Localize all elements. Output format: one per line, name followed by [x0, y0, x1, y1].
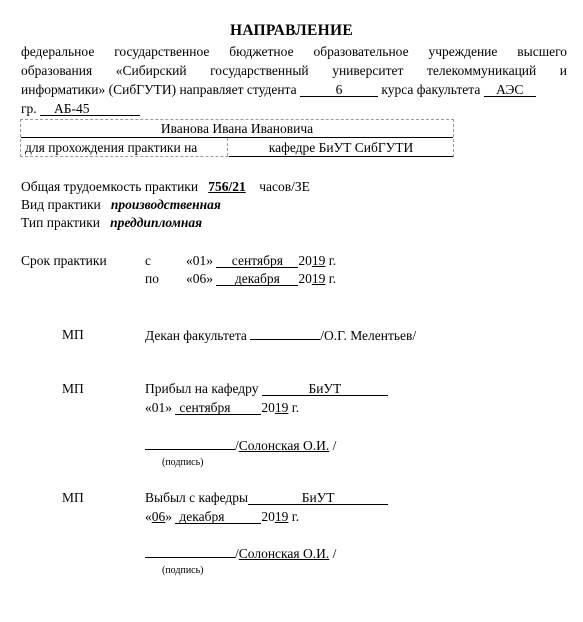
word: образования — [21, 63, 92, 78]
stamp-place: МП — [62, 327, 84, 343]
group-line: гр. АБ-45 — [21, 101, 140, 117]
arrival-signer: Солонская О.И. — [239, 438, 329, 453]
from-year-suffix: 19 — [312, 253, 326, 268]
arrival-day: «01» — [145, 400, 172, 415]
departure-month: декабря — [175, 510, 261, 524]
arrival-signature-field — [145, 437, 235, 450]
labor-line: Общая трудоемкость практики 756/21 часов… — [21, 179, 310, 195]
year-mark: г. — [329, 271, 336, 286]
departure-year-prefix: 20 — [261, 509, 275, 524]
group-field: АБ-45 — [40, 102, 140, 116]
stamp-place: МП — [62, 490, 84, 506]
signature-hint: (подпись) — [162, 457, 204, 468]
arrival-year-suffix: 19 — [275, 400, 289, 415]
to-year-suffix: 19 — [312, 271, 326, 286]
quote-open: « — [145, 509, 152, 524]
dean-signature-field — [250, 327, 320, 340]
arrival-label: Прибыл на кафедру — [145, 381, 258, 396]
departure-line: Выбыл с кафедрыБиУТ — [145, 490, 388, 506]
arrival-line: Прибыл на кафедру БиУТ — [145, 381, 388, 397]
intro-line-1: федеральное государственное бюджетное об… — [21, 44, 567, 60]
arrival-month: сентября — [175, 401, 261, 415]
kind-value: производственная — [111, 197, 221, 212]
arrival-year-prefix: 20 — [261, 400, 275, 415]
labor-value: 756/21 — [208, 179, 246, 194]
departure-signature-line: /Солонская О.И. / — [145, 545, 336, 562]
dean-label: Декан факультета — [145, 328, 247, 343]
from-date: «01» сентября2019 г. — [186, 253, 336, 269]
type-line: Тип практики преддипломная — [21, 215, 202, 231]
arrival-department: БиУТ — [262, 382, 388, 396]
group-label: гр. — [21, 101, 37, 116]
departure-year-suffix: 19 — [275, 509, 289, 524]
to-month: декабря — [216, 272, 298, 286]
type-value: преддипломная — [110, 215, 202, 230]
word: государственный — [210, 63, 309, 78]
year-mark: г. — [292, 509, 299, 524]
term-label: Срок практики — [21, 253, 107, 269]
dean-name: /О.Г. Мелентьев/ — [320, 328, 416, 343]
course-label: курса факультета — [381, 82, 480, 97]
student-box: Иванова Ивана Ивановича для прохождения … — [20, 119, 454, 157]
document-title: НАПРАВЛЕНИЕ — [0, 22, 583, 40]
from-year-prefix: 20 — [298, 253, 312, 268]
to-day: «06» — [186, 271, 213, 286]
word: государственное — [114, 44, 209, 59]
quote-close: » — [165, 509, 172, 524]
word: бюджетное — [229, 44, 293, 59]
arrival-date: «01» сентября2019 г. — [145, 400, 299, 416]
kind-label: Вид практики — [21, 197, 101, 212]
to-year-prefix: 20 — [298, 271, 312, 286]
word: университет — [332, 63, 403, 78]
purpose-label: для прохождения практики на — [21, 138, 228, 156]
faculty-field: АЭС — [484, 83, 536, 97]
labor-unit: часов/ЗЕ — [259, 179, 310, 194]
from-label: с — [145, 253, 151, 269]
departure-day: 06 — [152, 509, 166, 524]
year-mark: г. — [292, 400, 299, 415]
to-date: «06» декабря2019 г. — [186, 271, 336, 287]
signature-hint: (подпись) — [162, 565, 204, 576]
intro-line-3: информатики» (СибГУТИ) направляет студен… — [21, 82, 536, 98]
departure-signature-field — [145, 545, 235, 558]
word: высшего — [517, 44, 567, 59]
arrival-signature-line: /Солонская О.И. / — [145, 437, 336, 454]
departure-department: БиУТ — [248, 491, 388, 505]
stamp-place: МП — [62, 381, 84, 397]
from-month: сентября — [216, 254, 298, 268]
word: и — [560, 63, 567, 78]
labor-label: Общая трудоемкость практики — [21, 179, 198, 194]
departure-date: «06» декабря2019 г. — [145, 509, 299, 525]
intro-text: информатики» (СибГУТИ) направляет студен… — [21, 82, 297, 97]
word: учреждение — [428, 44, 497, 59]
student-name: Иванова Ивана Ивановича — [21, 120, 453, 138]
word: образовательное — [313, 44, 408, 59]
word: телекоммуникаций — [427, 63, 536, 78]
practice-place: кафедре БиУТ СибГУТИ — [229, 138, 453, 157]
year-mark: г. — [329, 253, 336, 268]
course-field: 6 — [300, 83, 378, 97]
intro-line-2: образования «Сибирский государственный у… — [21, 63, 567, 79]
from-day: «01» — [186, 253, 213, 268]
departure-label: Выбыл с кафедры — [145, 490, 248, 505]
word: федеральное — [21, 44, 94, 59]
type-label: Тип практики — [21, 215, 100, 230]
kind-line: Вид практики производственная — [21, 197, 221, 213]
to-label: по — [145, 271, 159, 287]
dean-line: Декан факультета /О.Г. Мелентьев/ — [145, 327, 416, 344]
departure-signer: Солонская О.И. — [239, 546, 329, 561]
word: «Сибирский — [116, 63, 187, 78]
